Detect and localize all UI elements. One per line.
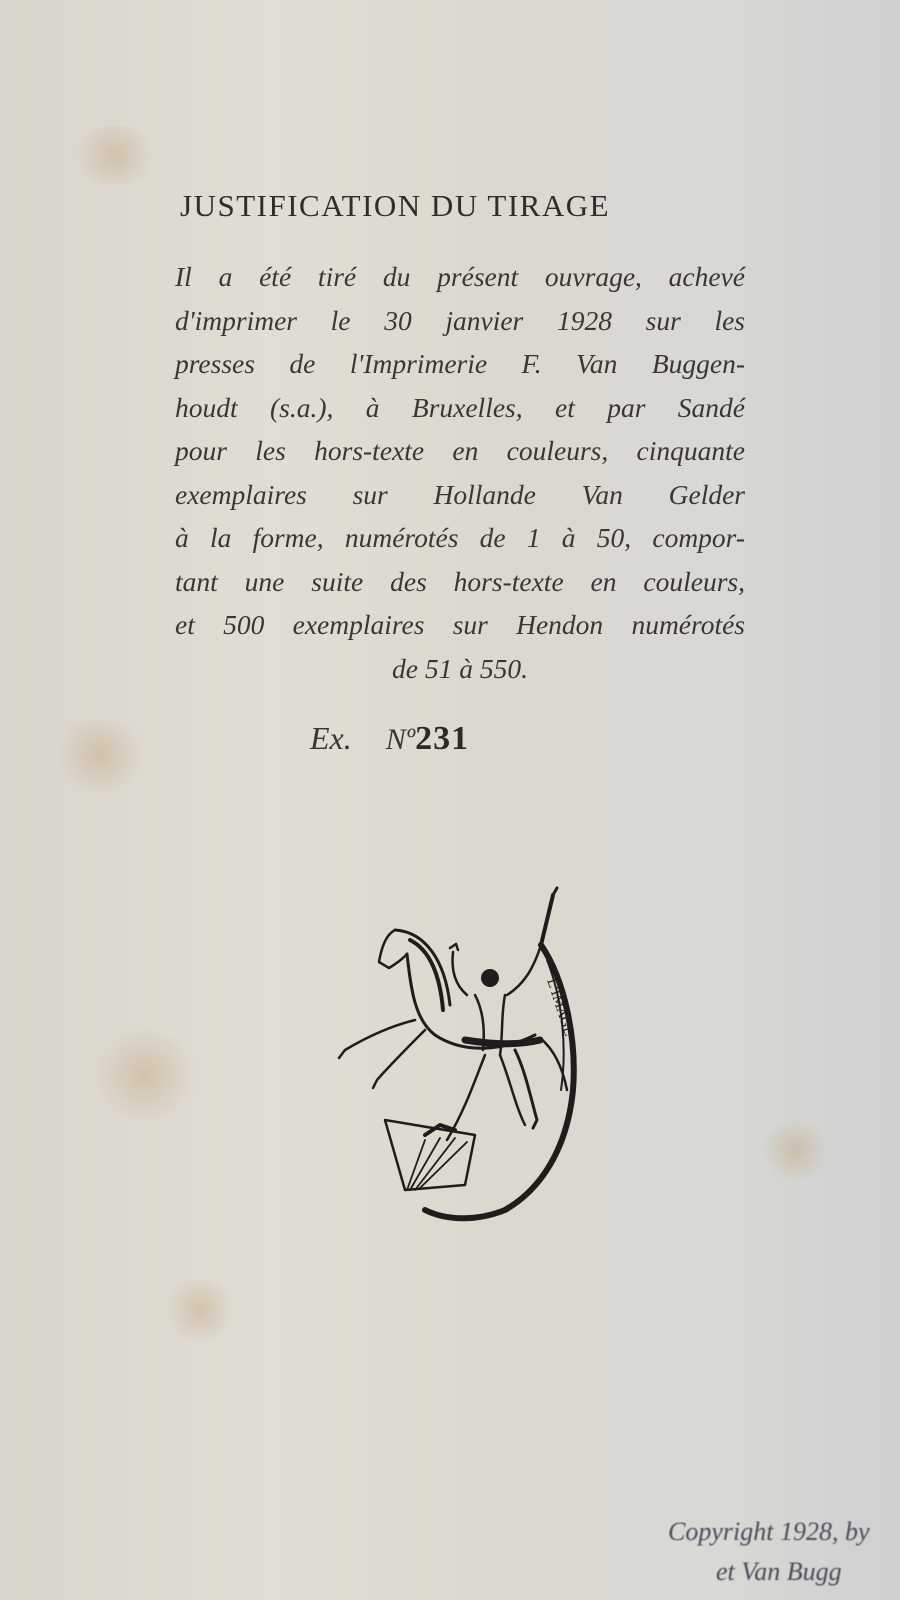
- paragraph-line: pour les hors-texte en couleurs, cinquan…: [175, 429, 745, 473]
- justification-paragraph: Il a été tiré du présent ouvrage, achevé…: [175, 255, 745, 690]
- copy-label: Ex.: [310, 720, 352, 756]
- paragraph-line: exemplaires sur Hollande Van Gelder: [175, 473, 745, 517]
- copy-number: Ex. Nº231: [310, 720, 469, 758]
- paragraph-line: et 500 exemplaires sur Hendon numérotés: [175, 603, 745, 647]
- paragraph-line: d'imprimer le 30 janvier 1928 sur les: [175, 299, 745, 343]
- banner-text: L'IMAGE: [543, 977, 576, 1039]
- copy-number-value: 231: [415, 720, 469, 757]
- paper-stain: [50, 720, 150, 790]
- paper-stain: [90, 1030, 200, 1120]
- paragraph-line: de 51 à 550.: [175, 647, 745, 691]
- copyright-line: et Van Bugg: [668, 1552, 870, 1592]
- paragraph-line: presses de l'Imprimerie F. Van Buggen-: [175, 342, 745, 386]
- copyright-notice: Copyright 1928, by et Van Bugg: [668, 1512, 870, 1592]
- horse-and-rider-emblem-icon: L'IMAGE: [315, 870, 595, 1230]
- paragraph-line: Il a été tiré du présent ouvrage, achevé: [175, 255, 745, 299]
- paper-stain: [70, 125, 160, 185]
- number-symbol: Nº: [386, 723, 415, 756]
- paragraph-line: houdt (s.a.), à Bruxelles, et par Sandé: [175, 386, 745, 430]
- paragraph-line: tant une suite des hors-texte en couleur…: [175, 560, 745, 604]
- copyright-line: Copyright 1928, by: [668, 1517, 870, 1546]
- paper-stain: [160, 1280, 240, 1340]
- paragraph-line: à la forme, numérotés de 1 à 50, compor-: [175, 516, 745, 560]
- paper-stain: [760, 1120, 830, 1180]
- page-title: JUSTIFICATION DU TIRAGE: [180, 188, 740, 224]
